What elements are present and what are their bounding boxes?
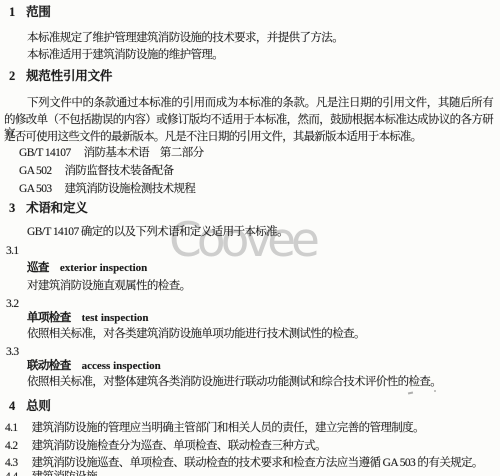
scanned-document-page: Coovee 1范围 本标准规定了维护管理建筑消防设施的技术要求，并提供了方法。…	[0, 0, 500, 476]
clause-number: 4.2	[5, 440, 18, 452]
term-zh: 单项检查	[27, 312, 71, 324]
scope-paragraph-1: 本标准规定了维护管理建筑消防设施的技术要求，并提供了方法。	[27, 31, 343, 45]
reference-code: GA 502	[19, 165, 52, 177]
term-heading: 单项检查test inspection	[27, 311, 149, 325]
term-definition: 对建筑消防设施直观属性的检查。	[27, 279, 191, 293]
term-definition: 依照相关标准，对各类建筑消防设施单项功能进行技术测试性的检查。	[27, 327, 365, 341]
reference-code: GB/T 14107	[19, 147, 71, 159]
section-number: 3	[9, 201, 15, 215]
term-heading: 巡查exterior inspection	[27, 261, 147, 275]
term-en: test inspection	[82, 312, 149, 324]
clause-text: 建筑消防设施	[32, 471, 97, 476]
section-title: 范围	[26, 5, 51, 19]
scan-speck	[408, 392, 413, 395]
term-zh: 巡查	[27, 262, 49, 274]
clause-item: 4.1建筑消防设施的管理应当明确主管部门和相关人员的责任，建立完善的管理制度。	[5, 421, 424, 435]
section-3-heading: 3术语和定义	[9, 201, 88, 215]
section-2-heading: 2规范性引用文件	[9, 69, 112, 83]
clause-number: 4.4	[5, 471, 18, 476]
clause-number: 4.3	[5, 457, 18, 469]
clause-text: 建筑消防设施检查分为巡查、单项检查、联动检查三种方式。	[32, 440, 326, 452]
reference-item: GA 503建筑消防设施检测技术规程	[19, 182, 195, 196]
clause-text: 建筑消防设施的管理应当明确主管部门和相关人员的责任，建立完善的管理制度。	[32, 422, 424, 434]
reference-name: 消防基本术语 第二部分	[84, 147, 204, 159]
scan-speck	[434, 390, 436, 392]
section-number: 1	[9, 5, 15, 19]
normative-refs-paragraph-line-1: 下列文件中的条款通过本标准的引用而成为本标准的条款。凡是注日期的引用文件，其随后…	[4, 96, 493, 110]
terms-intro: GB/T 14107 确定的以及下列术语和定义适用于本标准。	[27, 225, 288, 239]
clause-item: 4.2建筑消防设施检查分为巡查、单项检查、联动检查三种方式。	[5, 439, 326, 453]
term-definition: 依照相关标准，对整体建筑各类消防设施进行联动功能测试和综合技术评价性的检查。	[27, 375, 441, 389]
normative-refs-paragraph-line-3: 是否可使用这些文件的最新版本。凡是不注日期的引用文件，其最新版本适用于本标准。	[4, 130, 493, 144]
reference-name: 建筑消防设施检测技术规程	[65, 183, 196, 195]
reference-code: GA 503	[19, 183, 52, 195]
term-number: 3.1	[6, 244, 19, 258]
section-title: 术语和定义	[26, 201, 88, 215]
section-title: 规范性引用文件	[26, 69, 112, 83]
section-1-heading: 1范围	[9, 5, 51, 19]
term-en: exterior inspection	[60, 262, 147, 274]
term-en: access inspection	[82, 360, 161, 372]
reference-item: GB/T 14107消防基本术语 第二部分	[19, 146, 204, 160]
section-number: 4	[9, 399, 15, 413]
clause-item-partial: 4.4建筑消防设施	[5, 470, 97, 476]
term-zh: 联动检查	[27, 360, 71, 372]
clause-text: 建筑消防设施巡查、单项检查、联动检查的技术要求和检查方法应当遵循 GA 503 …	[32, 457, 483, 469]
section-title: 总则	[26, 399, 51, 413]
watermark-text: Coovee	[169, 213, 315, 268]
term-number: 3.2	[6, 297, 19, 311]
term-number: 3.3	[6, 345, 19, 359]
term-heading: 联动检查access inspection	[27, 359, 161, 373]
clause-number: 4.1	[5, 422, 18, 434]
section-number: 2	[9, 69, 15, 83]
scope-paragraph-2: 本标准适用于建筑消防设施的维护管理。	[27, 48, 223, 62]
reference-item: GA 502消防监督技术装备配备	[19, 164, 174, 178]
reference-name: 消防监督技术装备配备	[65, 165, 174, 177]
clause-item: 4.3建筑消防设施巡查、单项检查、联动检查的技术要求和检查方法应当遵循 GA 5…	[5, 456, 483, 470]
section-4-heading: 4总则	[9, 399, 51, 413]
